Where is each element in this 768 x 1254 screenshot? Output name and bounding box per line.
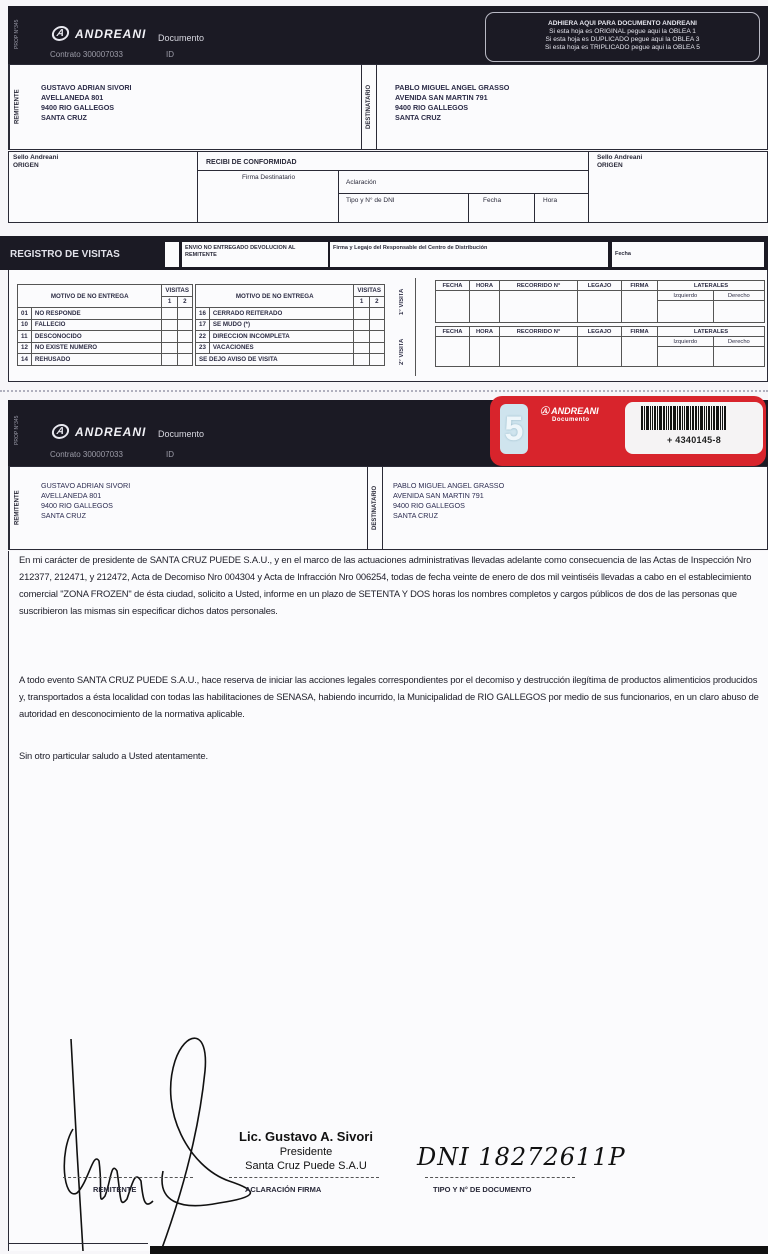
recibi-title: RECIBI DE CONFORMIDAD: [206, 159, 297, 166]
andreani-logo-icon: A: [51, 424, 71, 439]
sello-origen-right: Sello Andreani ORIGEN: [597, 154, 642, 170]
sticker-doc-label: Documento: [552, 417, 590, 423]
signer-title: Presidente: [231, 1146, 381, 1158]
sello-origen-left: Sello Andreani ORIGEN: [13, 154, 58, 170]
motivo-code: 16: [196, 308, 210, 320]
registro-fecha-label: Fecha: [612, 242, 764, 267]
motivo-label: FALLECIO: [31, 319, 162, 331]
visit-1-check[interactable]: [162, 331, 177, 343]
recorrido-header: RECORRIDO N°: [500, 281, 578, 291]
address-block-bottom: REMITENTE GUSTAVO ADRIAN SIVORI AVELLANE…: [8, 466, 768, 550]
side-note: PROP N°345: [14, 14, 24, 54]
tipo-dni-label: Tipo y N° de DNI: [346, 197, 395, 204]
motivo-label: VACACIONES: [209, 342, 354, 354]
visit-1-check[interactable]: [354, 308, 369, 320]
visit-col-2: 2: [369, 296, 384, 308]
andreani-logo: A ANDREANI: [52, 424, 146, 439]
visit-1-check[interactable]: [354, 319, 369, 331]
legajo-header: LEGAJO: [578, 327, 622, 337]
receipt-section: Sello Andreani ORIGEN RECIBI DE CONFORMI…: [8, 151, 768, 223]
visit-col-1: 1: [354, 296, 369, 308]
oblea-number: 5: [500, 404, 528, 454]
fecha-label: Fecha: [483, 197, 501, 204]
visita-1-table: FECHA HORA RECORRIDO N° LEGAJO FIRMA LAT…: [435, 280, 765, 323]
envio-no-entregado-label: ENVIO NO ENTREGADO DEVOLUCION AL REMITEN…: [182, 242, 328, 267]
visita-1-label: 1° VISITA: [399, 278, 415, 326]
document-line: [425, 1177, 575, 1178]
motivo-row: SE DEJO AVISO DE VISITA: [196, 354, 385, 366]
document-label: Documento: [158, 429, 204, 439]
oblea-notice-line: Si esta hoja es ORIGINAL pegue aqui la O…: [486, 28, 759, 36]
sello-label: Sello Andreani: [597, 154, 642, 162]
laterales-header: LATERALES: [658, 281, 765, 291]
motivo-row: 01NO RESPONDE: [18, 308, 193, 320]
motivo-table-left: MOTIVO DE NO ENTREGA VISITAS 1 2 01NO RE…: [17, 284, 193, 366]
firma-destinatario-label: Firma Destinatario: [242, 174, 295, 181]
firma-cell[interactable]: [622, 291, 658, 323]
motivo-row: 23VACACIONES: [196, 342, 385, 354]
oblea-notice-line: Si esta hoja es TRIPLICADO pegue aqui la…: [486, 44, 759, 52]
legajo-header: LEGAJO: [578, 281, 622, 291]
visit-1-check[interactable]: [162, 308, 177, 320]
legajo-cell[interactable]: [578, 291, 622, 323]
motivo-code: 22: [196, 331, 210, 343]
remitente-line: SANTA CRUZ: [41, 511, 130, 521]
contract-number: Contrato 300007033: [50, 450, 123, 459]
destinatario-address: PABLO MIGUEL ANGEL GRASSO AVENIDA SAN MA…: [393, 481, 504, 521]
remitente-line: 9400 RIO GALLEGOS: [41, 501, 130, 511]
derecho-cell[interactable]: [713, 347, 764, 367]
remitente-line: AVELLANEDA 801: [41, 93, 132, 103]
izquierdo-cell[interactable]: [658, 347, 714, 367]
motivo-row: 12NO EXISTE NUMERO: [18, 342, 193, 354]
motivo-code: 17: [196, 319, 210, 331]
motivo-row: 10FALLECIO: [18, 319, 193, 331]
barcode-icon: [641, 406, 751, 430]
izquierdo-label: Izquierdo: [658, 337, 714, 347]
visita-2-table: FECHA HORA RECORRIDO N° LEGAJO FIRMA LAT…: [435, 326, 765, 367]
aclaracion-line: [229, 1177, 379, 1178]
motivo-label: NO RESPONDE: [31, 308, 162, 320]
signer-stamp: Lic. Gustavo A. Sivori Presidente Santa …: [231, 1129, 381, 1172]
motivo-table-right: MOTIVO DE NO ENTREGA VISITAS 1 2 16CERRA…: [195, 284, 385, 366]
motivo-label: CERRADO REITERADO: [209, 308, 354, 320]
perforation-line: [0, 390, 768, 392]
derecho-label: Derecho: [713, 337, 764, 347]
hora-header: HORA: [470, 327, 500, 337]
izquierdo-cell[interactable]: [658, 301, 714, 323]
andreani-logo: A ANDREANI: [52, 26, 146, 41]
side-note: PROP N°345: [14, 410, 24, 450]
recorrido-cell[interactable]: [500, 337, 578, 367]
footer-bar: [150, 1246, 768, 1254]
origen-label: ORIGEN: [597, 162, 642, 170]
motivo-code: 23: [196, 342, 210, 354]
letter-paragraph-1: En mi carácter de presidente de SANTA CR…: [19, 551, 759, 619]
visit-2-check[interactable]: [177, 354, 192, 366]
fecha-header: FECHA: [436, 281, 470, 291]
remitente-caption: REMITENTE: [93, 1185, 136, 1194]
motivo-header: MOTIVO DE NO ENTREGA: [196, 285, 354, 308]
hora-label: Hora: [543, 197, 557, 204]
motivo-code: 12: [18, 342, 32, 354]
motivo-row: 11DESCONOCIDO: [18, 331, 193, 343]
motivo-row: 14REHUSADO: [18, 354, 193, 366]
visit-1-check[interactable]: [162, 319, 177, 331]
remitente-address: GUSTAVO ADRIAN SIVORI AVELLANEDA 801 940…: [41, 83, 132, 123]
recibi-conformidad-box: RECIBI DE CONFORMIDAD Firma Destinatario…: [197, 152, 589, 222]
destinatario-address: PABLO MIGUEL ANGEL GRASSO AVENIDA SAN MA…: [395, 83, 509, 123]
id-label: ID: [166, 450, 174, 459]
oblea-sticker: 5 Ⓐ ANDREANI Documento + 4340145-8: [490, 396, 766, 466]
visit-2-check[interactable]: [177, 308, 192, 320]
motivo-row: 16CERRADO REITERADO: [196, 308, 385, 320]
visita-2-label: 2° VISITA: [399, 328, 415, 376]
destinatario-line: PABLO MIGUEL ANGEL GRASSO: [393, 481, 504, 491]
letter-body: En mi carácter de presidente de SANTA CR…: [8, 551, 768, 1251]
recorrido-cell[interactable]: [500, 291, 578, 323]
visit-1-check[interactable]: [354, 331, 369, 343]
visit-2-check[interactable]: [177, 342, 192, 354]
visit-2-check[interactable]: [369, 319, 384, 331]
sello-label: Sello Andreani: [13, 154, 58, 162]
visit-col-1: 1: [162, 296, 177, 308]
oblea-notice-line: Si esta hoja es DUPLICADO pegue aqui la …: [486, 36, 759, 44]
remitente-label: REMITENTE: [9, 65, 25, 149]
motivo-code: 01: [18, 308, 32, 320]
fecha-header: FECHA: [436, 327, 470, 337]
remitente-signature-line: [63, 1177, 193, 1178]
motivo-label: NO EXISTE NUMERO: [31, 342, 162, 354]
motivo-header: MOTIVO DE NO ENTREGA: [18, 285, 162, 308]
visit-2-check[interactable]: [369, 308, 384, 320]
remitente-line: SANTA CRUZ: [41, 113, 132, 123]
brand-name: ANDREANI: [75, 27, 146, 41]
motivo-code: 14: [18, 354, 32, 366]
derecho-cell[interactable]: [713, 301, 764, 323]
visit-1-check[interactable]: [162, 354, 177, 366]
document-number-handwritten: DNI 18272611P: [417, 1143, 626, 1171]
derecho-label: Derecho: [713, 291, 764, 301]
letter-paragraph-2: A todo evento SANTA CRUZ PUEDE S.A.U., h…: [19, 671, 759, 722]
firma-legajo-label: Firma y Legajo del Responsable del Centr…: [330, 242, 608, 267]
origen-label: ORIGEN: [13, 162, 58, 170]
visitas-header: VISITAS: [354, 285, 385, 297]
visit-2-check[interactable]: [369, 342, 384, 354]
destinatario-line: 9400 RIO GALLEGOS: [395, 103, 509, 113]
aviso-label: SE DEJO AVISO DE VISITA: [196, 354, 354, 366]
oblea-notice: ADHIERA AQUI PARA DOCUMENTO ANDREANI Si …: [485, 12, 760, 62]
fecha-cell[interactable]: [436, 291, 470, 323]
hora-cell[interactable]: [470, 337, 500, 367]
tracking-number: + 4340145-8: [625, 435, 763, 445]
aclaracion-label: Aclaración: [346, 179, 376, 186]
aclaracion-caption: ACLARACIÓN FIRMA: [245, 1185, 321, 1194]
destinatario-line: SANTA CRUZ: [393, 511, 504, 521]
fecha-cell[interactable]: [436, 337, 470, 367]
remitente-line: 9400 RIO GALLEGOS: [41, 103, 132, 113]
motivo-row: 22DIRECCION INCOMPLETA: [196, 331, 385, 343]
hora-header: HORA: [470, 281, 500, 291]
hora-cell[interactable]: [470, 291, 500, 323]
id-label: ID: [166, 50, 174, 59]
destinatario-line: 9400 RIO GALLEGOS: [393, 501, 504, 511]
visit-1-check[interactable]: [354, 342, 369, 354]
barcode-label: + 4340145-8: [625, 402, 763, 454]
motivo-label: DIRECCION INCOMPLETA: [209, 331, 354, 343]
recorrido-header: RECORRIDO N°: [500, 327, 578, 337]
laterales-header: LATERALES: [658, 327, 765, 337]
remitente-label: REMITENTE: [9, 467, 25, 549]
oblea-notice-title: ADHIERA AQUI PARA DOCUMENTO ANDREANI: [486, 20, 759, 28]
visit-2-check[interactable]: [369, 331, 384, 343]
motivo-code: 11: [18, 331, 32, 343]
visit-col-2: 2: [177, 296, 192, 308]
destinatario-line: AVENIDA SAN MARTIN 791: [395, 93, 509, 103]
sticker-brand-name: ANDREANI: [551, 406, 599, 416]
destinatario-label: DESTINATARIO: [367, 467, 383, 549]
remitente-line: AVELLANEDA 801: [41, 491, 130, 501]
registro-body: MOTIVO DE NO ENTREGA VISITAS 1 2 01NO RE…: [8, 270, 768, 382]
letter-closing: Sin otro particular saludo a Usted atent…: [19, 747, 759, 764]
andreani-logo-icon: A: [51, 26, 71, 41]
registro-title: REGISTRO DE VISITAS: [10, 249, 120, 260]
destinatario-label: DESTINATARIO: [361, 65, 377, 149]
visit-2-check[interactable]: [177, 331, 192, 343]
sticker-brand: Ⓐ ANDREANI: [540, 404, 599, 417]
visit-2-check[interactable]: [369, 354, 384, 366]
firma-header: FIRMA: [622, 281, 658, 291]
motivo-label: DESCONOCIDO: [31, 331, 162, 343]
visitas-header: VISITAS: [162, 285, 193, 297]
motivo-label: SE MUDO (*): [209, 319, 354, 331]
document-label: Documento: [158, 33, 204, 43]
firma-header: FIRMA: [622, 327, 658, 337]
destinatario-line: PABLO MIGUEL ANGEL GRASSO: [395, 83, 509, 93]
motivo-label: REHUSADO: [31, 354, 162, 366]
destinatario-line: SANTA CRUZ: [395, 113, 509, 123]
visit-2-check[interactable]: [177, 319, 192, 331]
remitente-line: GUSTAVO ADRIAN SIVORI: [41, 481, 130, 491]
document-caption: TIPO Y N° DE DOCUMENTO: [433, 1185, 531, 1194]
signer-company: Santa Cruz Puede S.A.U: [231, 1160, 381, 1172]
contract-number: Contrato 300007033: [50, 50, 123, 59]
remitente-address: GUSTAVO ADRIAN SIVORI AVELLANEDA 801 940…: [41, 481, 130, 521]
firma-cell[interactable]: [622, 337, 658, 367]
visit-1-check[interactable]: [354, 354, 369, 366]
visit-1-check[interactable]: [162, 342, 177, 354]
address-block-top: REMITENTE GUSTAVO ADRIAN SIVORI AVELLANE…: [8, 64, 768, 150]
destinatario-line: AVENIDA SAN MARTIN 791: [393, 491, 504, 501]
motivo-code: 10: [18, 319, 32, 331]
legajo-cell[interactable]: [578, 337, 622, 367]
izquierdo-label: Izquierdo: [658, 291, 714, 301]
devolucion-checkbox[interactable]: [165, 242, 179, 267]
signer-name: Lic. Gustavo A. Sivori: [231, 1129, 381, 1144]
motivo-row: 17SE MUDO (*): [196, 319, 385, 331]
remitente-line: GUSTAVO ADRIAN SIVORI: [41, 83, 132, 93]
brand-name: ANDREANI: [75, 425, 146, 439]
